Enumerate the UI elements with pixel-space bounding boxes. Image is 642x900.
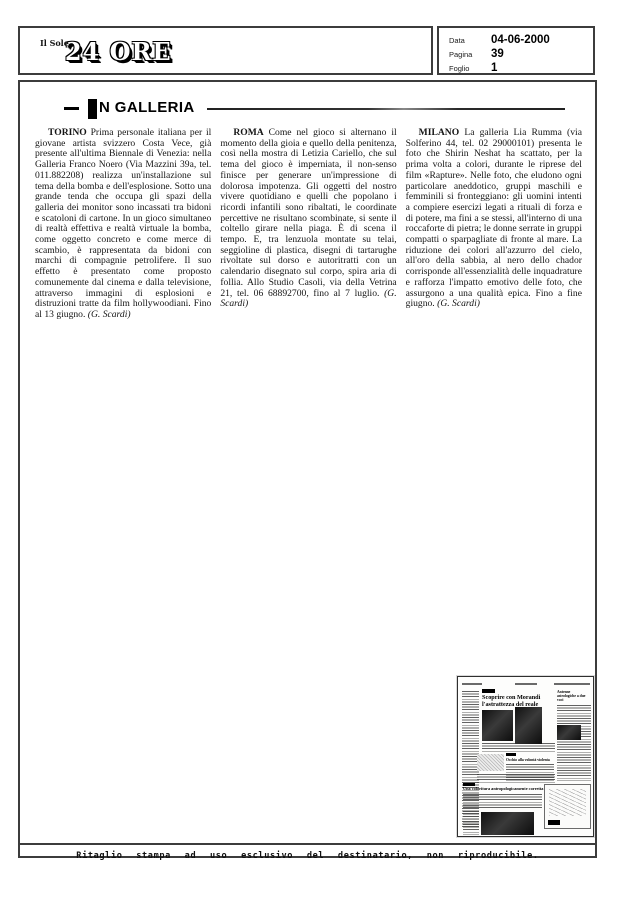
- thumbnail-headline-right: Antenne astrologiche a due voci: [557, 690, 590, 702]
- thumbnail-text-block: [482, 743, 555, 753]
- logo-prefix-text: Il Sole: [40, 38, 69, 48]
- article-columns: TORINO Prima personale italiana per il g…: [20, 119, 595, 321]
- article-milano-byline: (G. Scardi): [437, 298, 480, 309]
- meta-value-date: 04-06-2000: [491, 34, 550, 46]
- meta-value-folio: 1: [491, 62, 497, 74]
- footer-text: Ritaglio stampa ad uso esclusivo del des…: [76, 851, 538, 861]
- thumbnail-illustration-box: [544, 784, 591, 829]
- thumbnail-sketch-image: [477, 754, 504, 771]
- thumbnail-masthead-left: [462, 683, 482, 685]
- article-milano-city: MILANO: [419, 127, 460, 138]
- newspaper-logo-box: Il Sole24 ORE: [18, 26, 433, 75]
- thumbnail-text-block: [463, 811, 479, 835]
- article-roma-body: Come nel gioco si alternano il momento d…: [220, 127, 396, 299]
- article-torino-byline: (G. Scardi): [88, 309, 131, 320]
- thumbnail-text-block: [557, 705, 591, 781]
- thumbnail-kicker-chip: [482, 689, 495, 693]
- title-initial-i: [88, 99, 97, 119]
- section-title-text: N GALLERIA: [99, 99, 195, 116]
- article-roma-city: ROMA: [233, 127, 263, 138]
- title-rule: [207, 108, 565, 110]
- article-milano-body: La galleria Lia Rumma (via Solferino 44,…: [406, 127, 582, 309]
- clipping-thumbnail: Scoprire con Morandi l'astrattezza del r…: [457, 676, 594, 837]
- section-title: N GALLERIA: [64, 98, 595, 119]
- article-torino-body: Prima personale italiana per il giovane …: [35, 127, 211, 320]
- meta-label-folio: Foglio: [449, 62, 491, 76]
- logo-main-text: 24 ORE: [65, 37, 172, 66]
- article-milano: MILANO La galleria Lia Rumma (via Solfer…: [406, 128, 582, 321]
- thumbnail-masthead-center: [515, 683, 537, 685]
- thumbnail-illustration-sketch: [549, 789, 586, 816]
- footer-strip: Ritaglio stampa ad uso esclusivo del des…: [18, 845, 597, 858]
- thumbnail-text-block: [477, 774, 555, 783]
- thumbnail-headline-mid: Occhio alla volontà violenta: [506, 758, 552, 762]
- press-clipping-page: Il Sole24 ORE Data04-06-2000 Pagina39 Fo…: [0, 0, 642, 900]
- thumbnail-photo: [557, 725, 581, 740]
- thumbnail-text-block: [463, 794, 542, 809]
- article-frame: N GALLERIA TORINO Prima personale italia…: [18, 80, 597, 845]
- thumbnail-masthead-right: [554, 683, 590, 685]
- article-torino: TORINO Prima personale italiana per il g…: [35, 128, 211, 321]
- thumbnail-photo: [481, 812, 534, 835]
- clipping-meta-box: Data04-06-2000 Pagina39 Foglio1: [437, 26, 595, 75]
- title-dash: [64, 107, 79, 110]
- meta-row-date: Data04-06-2000: [449, 32, 593, 46]
- thumbnail-illustration-label-chip: [548, 820, 560, 825]
- thumbnail-photo: [482, 710, 513, 741]
- meta-row-folio: Foglio1: [449, 60, 593, 74]
- newspaper-logo: Il Sole24 ORE: [40, 37, 172, 66]
- article-roma: ROMA Come nel gioco si alternano il mome…: [220, 128, 396, 321]
- meta-value-page: 39: [491, 48, 504, 60]
- thumbnail-photo: [515, 707, 542, 744]
- article-torino-city: TORINO: [48, 127, 87, 138]
- thumbnail-mid-kicker-chip: [506, 753, 516, 756]
- meta-row-page: Pagina39: [449, 46, 593, 60]
